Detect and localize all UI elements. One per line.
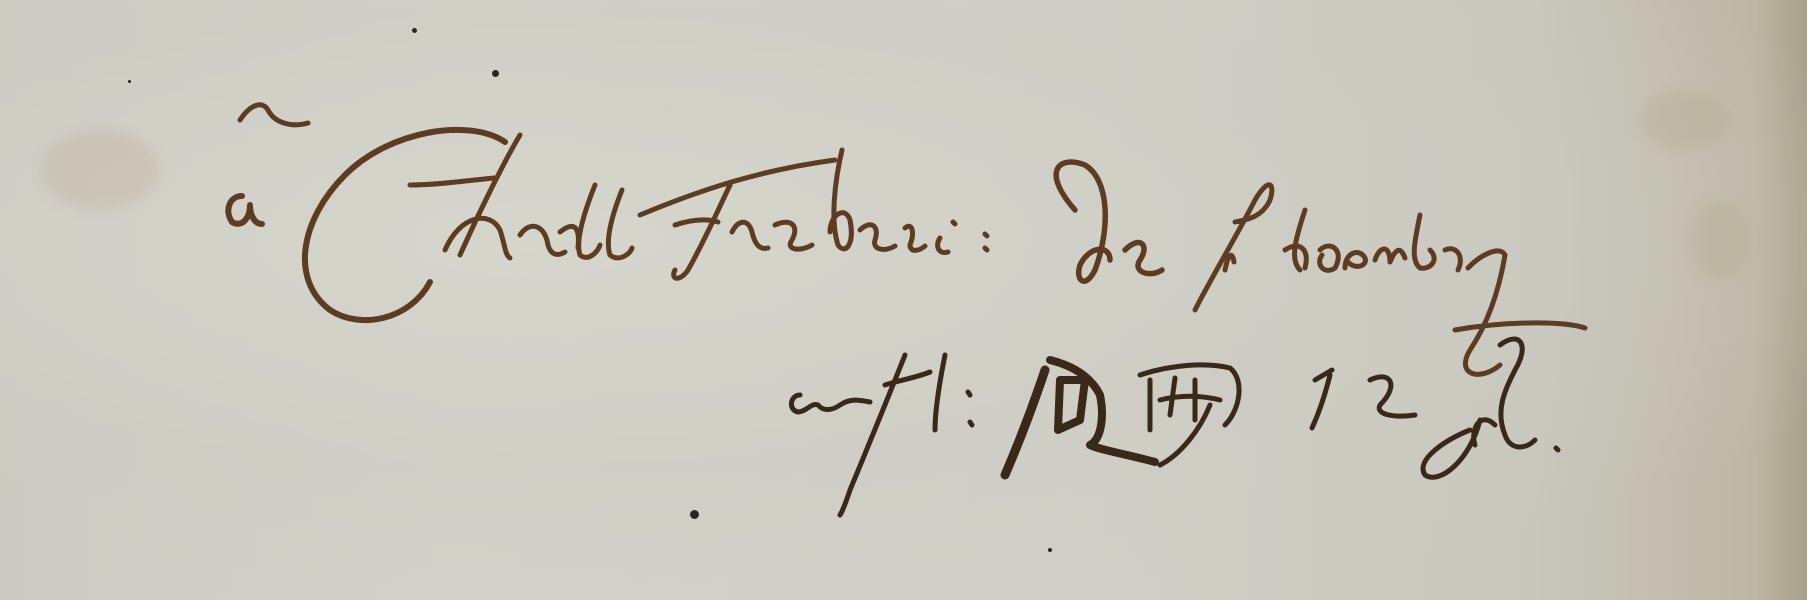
paper-background: à Charles Frederic de Schoenberg cost: [… (0, 0, 1807, 600)
handwriting (0, 0, 1807, 600)
